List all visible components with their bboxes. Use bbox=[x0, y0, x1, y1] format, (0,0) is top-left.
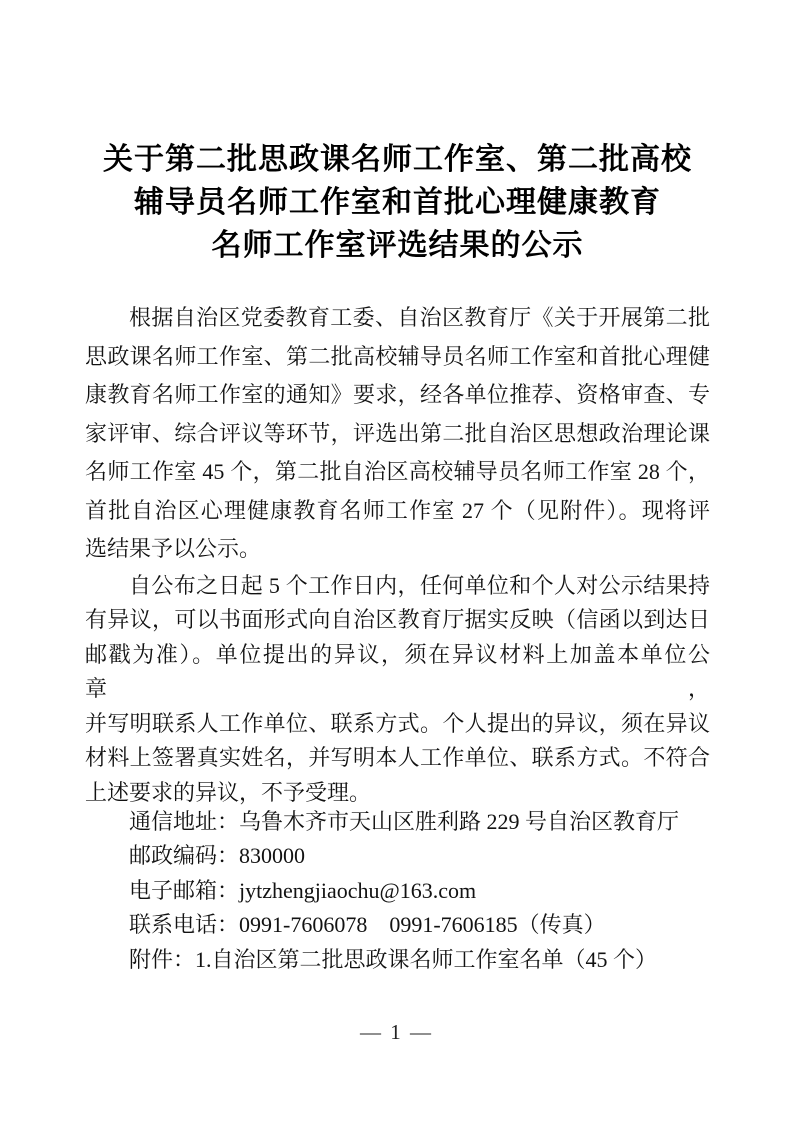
paragraph-2: 自公布之日起 5 个工作日内，任何单位和个人对公示结果持 有异议，可以书面形式向… bbox=[85, 569, 710, 811]
paragraph-1: 根据自治区党委教育工委、自治区教育厅《关于开展第二批 思政课名师工作室、第二批高… bbox=[85, 299, 710, 569]
body-line: 首批自治区心理健康教育名师工作室 27 个（见附件）。现将评 bbox=[85, 492, 710, 531]
document-page: 关于第二批思政课名师工作室、第二批高校 辅导员名师工作室和首批心理健康教育 名师… bbox=[0, 0, 793, 1122]
title-line-2: 辅导员名师工作室和首批心理健康教育 bbox=[85, 181, 710, 224]
contact-email-line: 电子邮箱：jytzhengjiaochu@163.com bbox=[85, 874, 710, 909]
title-line-3: 名师工作室评选结果的公示 bbox=[85, 224, 710, 267]
body-line: 思政课名师工作室、第二批高校辅导员名师工作室和首批心理健 bbox=[85, 338, 710, 377]
body-line: 有异议，可以书面形式向自治区教育厅据实反映（信函以到达日 bbox=[85, 603, 710, 638]
contact-phone-line: 联系电话：0991-7606078 0991-7606185（传真） bbox=[85, 908, 710, 943]
body-line: 家评审、综合评议等环节，评选出第二批自治区思想政治理论课 bbox=[85, 415, 710, 454]
body-line: 名师工作室 45 个，第二批自治区高校辅导员名师工作室 28 个， bbox=[85, 453, 710, 492]
body-line: 自公布之日起 5 个工作日内，任何单位和个人对公示结果持 bbox=[85, 569, 710, 604]
document-title: 关于第二批思政课名师工作室、第二批高校 辅导员名师工作室和首批心理健康教育 名师… bbox=[85, 138, 710, 267]
document-body: 根据自治区党委教育工委、自治区教育厅《关于开展第二批 思政课名师工作室、第二批高… bbox=[85, 299, 710, 978]
body-line: 根据自治区党委教育工委、自治区教育厅《关于开展第二批 bbox=[85, 299, 710, 338]
contact-postcode-line: 邮政编码：830000 bbox=[85, 839, 710, 874]
attachment-line: 附件：1.自治区第二批思政课名师工作室名单（45 个） bbox=[85, 943, 710, 978]
body-line: 康教育名师工作室的通知》要求，经各单位推荐、资格审查、专 bbox=[85, 376, 710, 415]
contact-address-line: 通信地址：乌鲁木齐市天山区胜利路 229 号自治区教育厅 bbox=[85, 805, 710, 840]
body-line: 选结果予以公示。 bbox=[85, 530, 710, 569]
body-line: 材料上签署真实姓名，并写明本人工作单位、联系方式。不符合 bbox=[85, 741, 710, 776]
body-line: 并写明联系人工作单位、联系方式。个人提出的异议，须在异议 bbox=[85, 707, 710, 742]
page-number: — 1 — bbox=[0, 1020, 793, 1045]
body-line: 邮戳为准）。单位提出的异议，须在异议材料上加盖本单位公章， bbox=[85, 638, 710, 707]
contact-info: 通信地址：乌鲁木齐市天山区胜利路 229 号自治区教育厅 邮政编码：830000… bbox=[85, 805, 710, 978]
title-line-1: 关于第二批思政课名师工作室、第二批高校 bbox=[85, 138, 710, 181]
